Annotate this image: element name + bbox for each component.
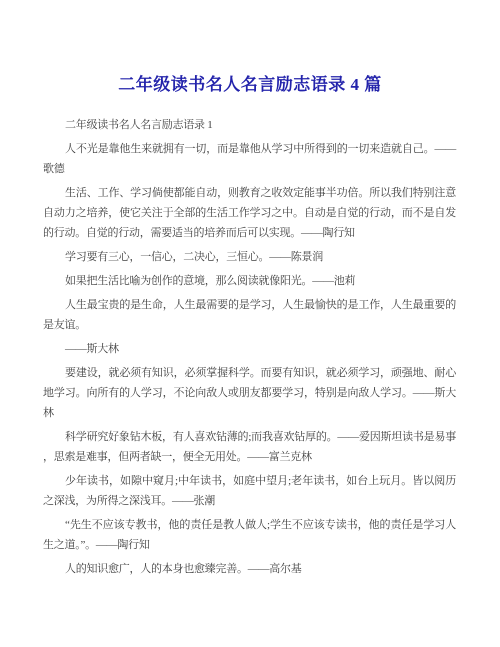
page-title: 二年级读书名人名言励志语录 4 篇 (0, 0, 500, 96)
section-heading: 二年级读书名人名言励志语录 1 (43, 115, 456, 135)
paragraph-quote-taoxingzhi: 生活、工作、学习倘使都能自动，则教育之收效定能事半功倍。所以我们特别注意自动力之… (43, 183, 456, 243)
document-body: 二年级读书名人名言励志语录 1 人不光是靠他生来就拥有一切，而是靠他从学习中所得… (43, 115, 456, 579)
paragraph-quote-goethe: 人不光是靠他生来就拥有一切，而是靠他从学习中所得到的一切来造就自己。——歌德 (43, 139, 456, 179)
paragraph-quote-taoxingzhi-2: “先生不应该专教书，他的责任是教人做人;学生不应该专读书，他的责任是学习人生之道… (43, 515, 456, 555)
paragraph-quote-chili: 如果把生活比喻为创作的意境，那么阅读就像阳光。——池莉 (43, 271, 456, 291)
paragraph-quote-life: 人生最宝贵的是生命，人生最需要的是学习，人生最愉快的是工作，人生最重要的是友谊。 (43, 295, 456, 335)
paragraph-attribution-stalin: ——斯大林 (43, 339, 456, 359)
paragraph-quote-stalin: 要建设，就必须有知识，必须掌握科学。而要有知识，就必须学习，顽强地、耐心地学习。… (43, 363, 456, 423)
paragraph-quote-einstein-franklin: 科学研究好象钻木板，有人喜欢钻薄的;而我喜欢钻厚的。——爱因斯坦读书是易事，思索… (43, 427, 456, 467)
paragraph-quote-zhangchao: 少年读书，如隙中窥月;中年读书，如庭中望月;老年读书，如台上玩月。皆以阅历之深浅… (43, 471, 456, 511)
paragraph-quote-chenjingrun: 学习要有三心，一信心，二决心，三恒心。——陈景润 (43, 247, 456, 267)
paragraph-quote-gorky: 人的知识愈广，人的本身也愈臻完善。——高尔基 (43, 559, 456, 579)
document-page: 二年级读书名人名言励志语录 4 篇 二年级读书名人名言励志语录 1 人不光是靠他… (0, 0, 500, 647)
